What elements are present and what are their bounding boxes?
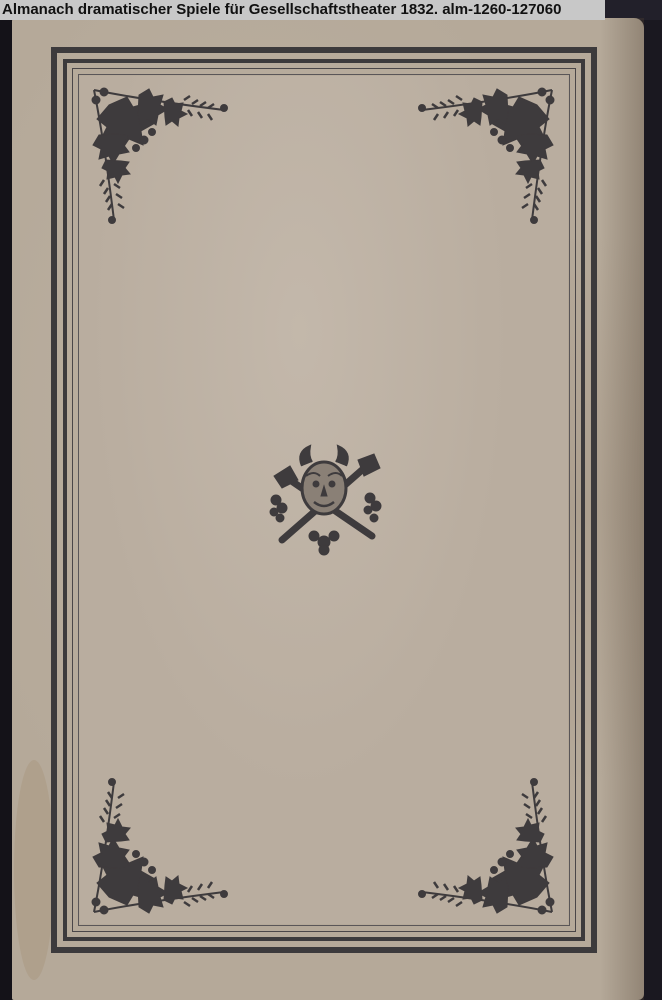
vine-leaf-ornament-icon xyxy=(84,772,234,922)
background xyxy=(603,0,662,20)
vine-leaf-ornament-icon xyxy=(412,772,562,922)
image-title: Almanach dramatischer Spiele für Gesells… xyxy=(0,0,605,20)
vine-leaf-ornament-icon xyxy=(412,80,562,230)
cover-edge-shading xyxy=(600,18,644,1000)
vine-leaf-ornament-icon xyxy=(84,80,234,230)
satyr-mask-emblem-icon xyxy=(262,440,388,560)
water-stain xyxy=(14,760,54,980)
